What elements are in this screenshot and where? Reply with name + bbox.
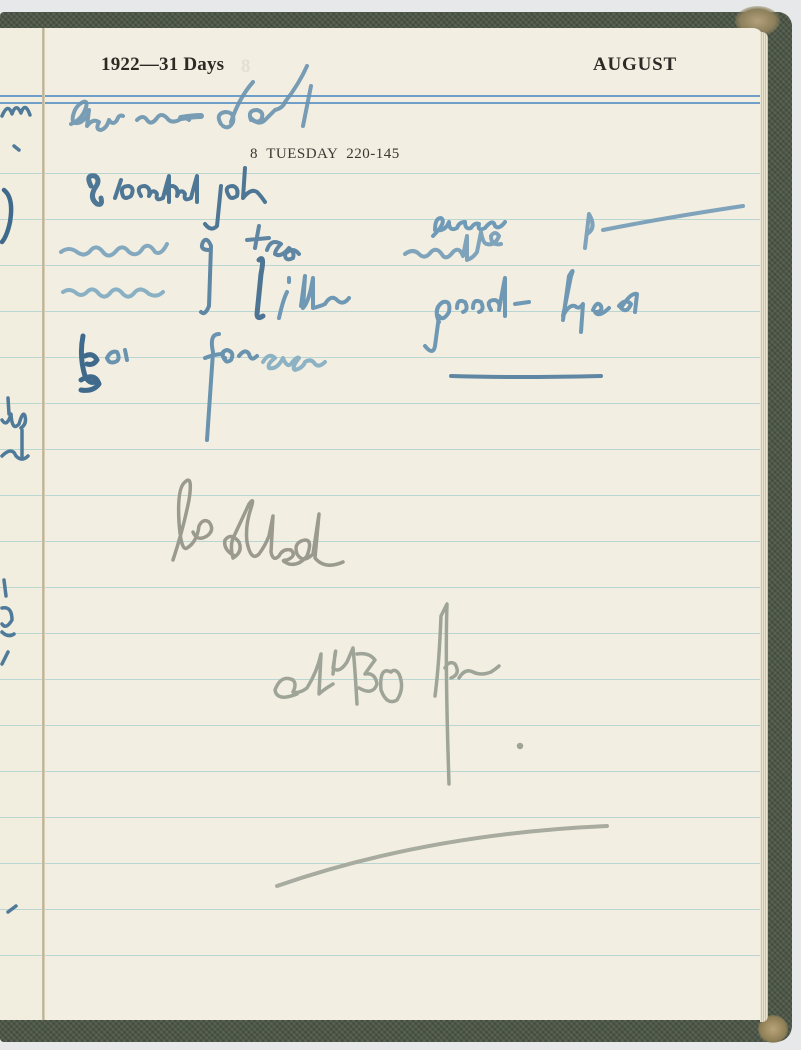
handwritten-entry-strokes xyxy=(45,28,763,1020)
left-page-fragment xyxy=(0,28,44,1020)
diary-page: 1922—31 Days AUGUST 8 TUESDAY 220-145 8 xyxy=(45,28,763,1020)
page-edges xyxy=(760,32,768,1022)
left-page-handwriting xyxy=(0,28,44,1020)
